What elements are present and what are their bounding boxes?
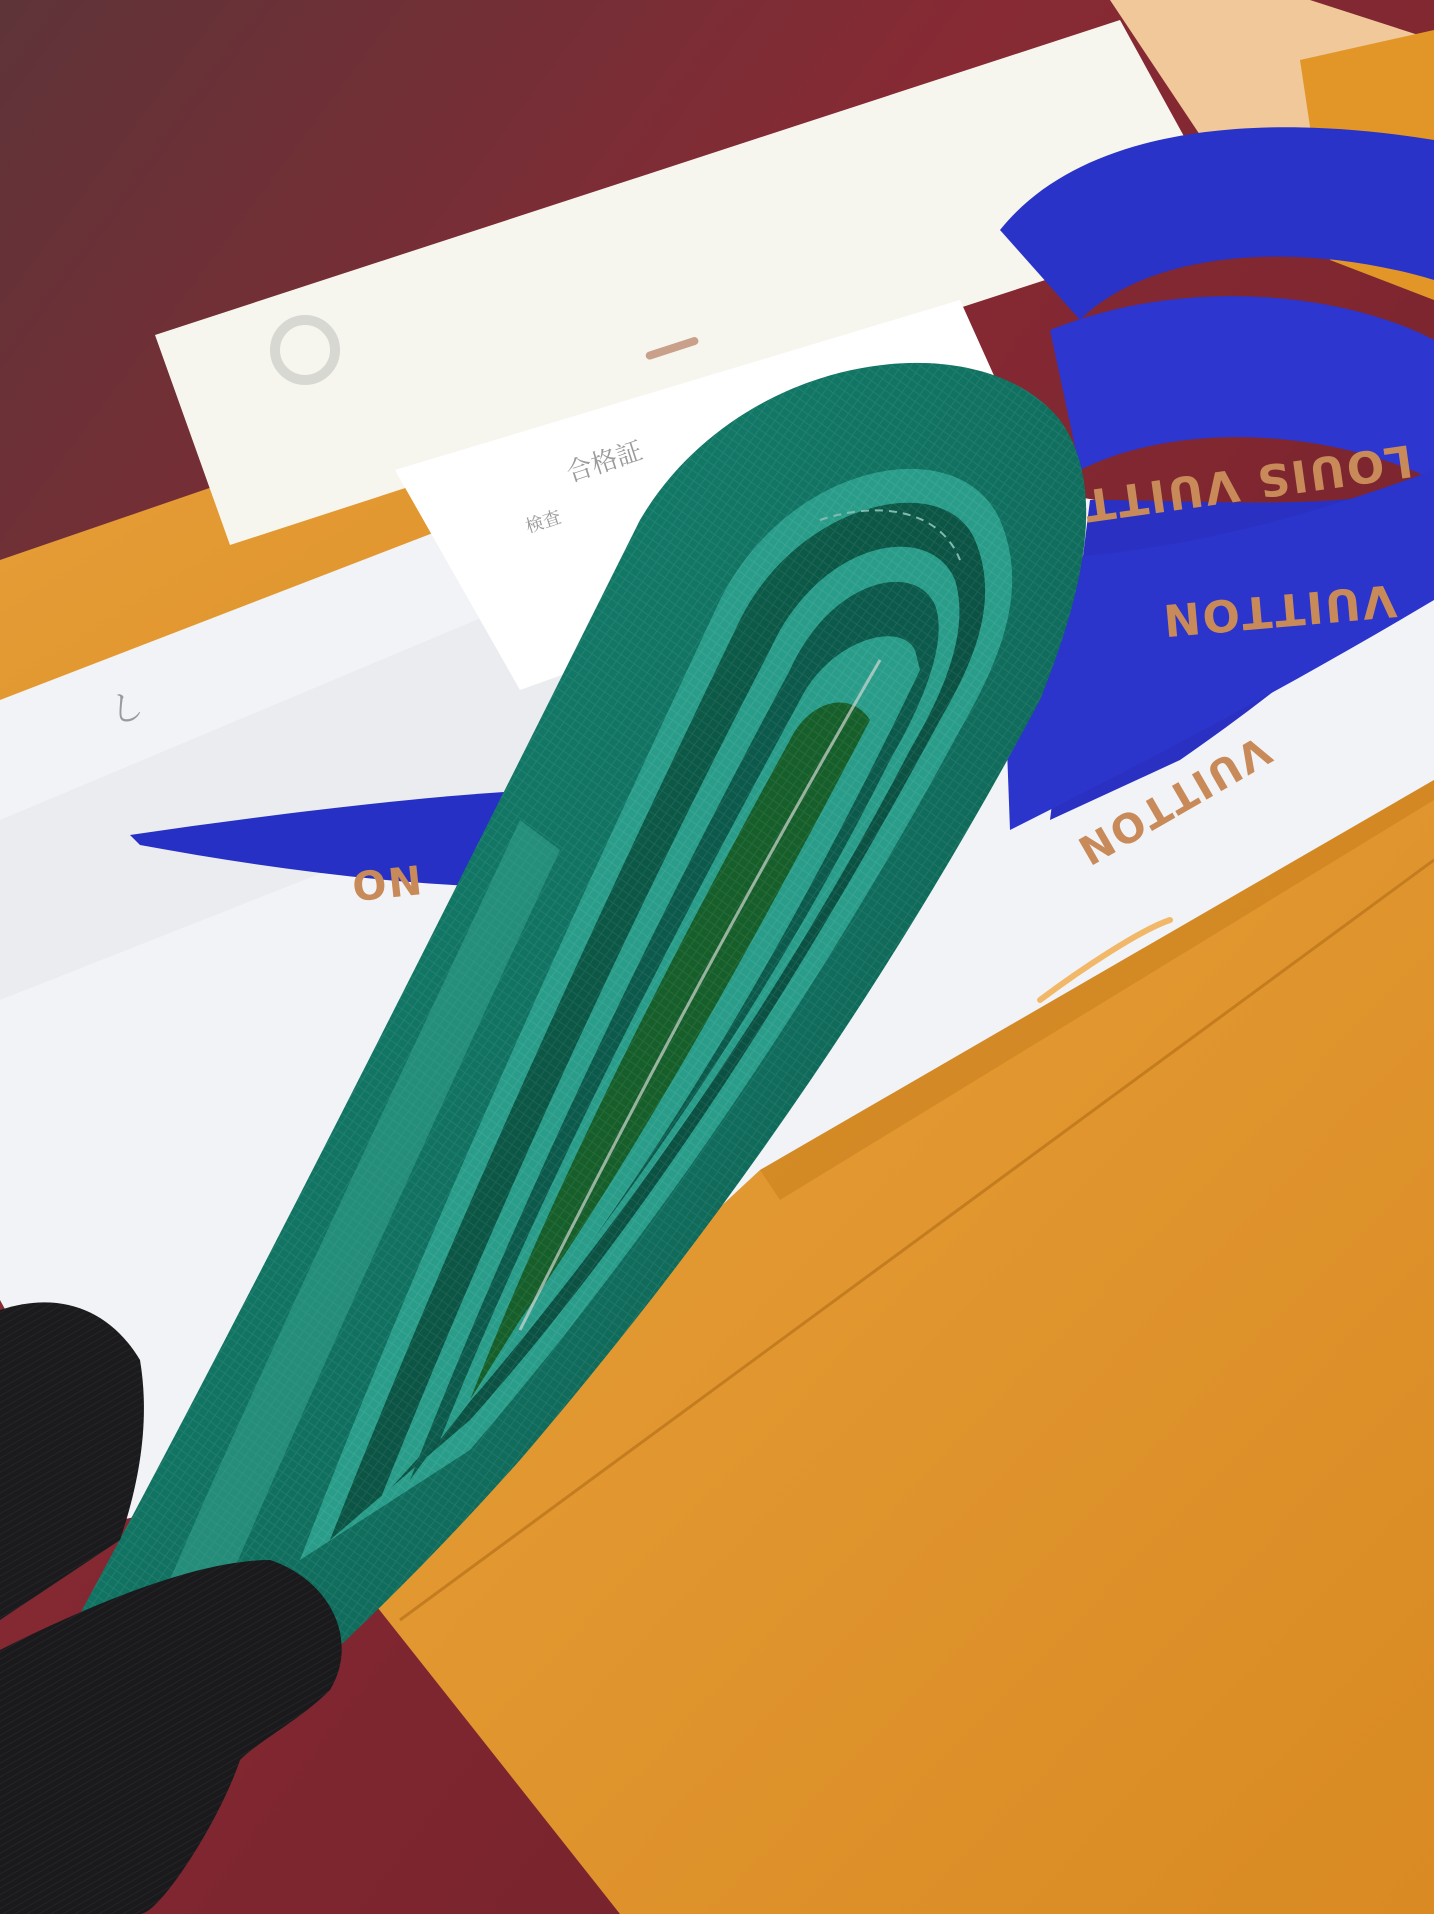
paper-mark: し [110,689,144,729]
ribbon-tail-text: NO [348,855,424,908]
photo-scene: し 合格証 検査 LOUIS VUITTON VUITTON VUITTON N… [0,0,1434,1914]
